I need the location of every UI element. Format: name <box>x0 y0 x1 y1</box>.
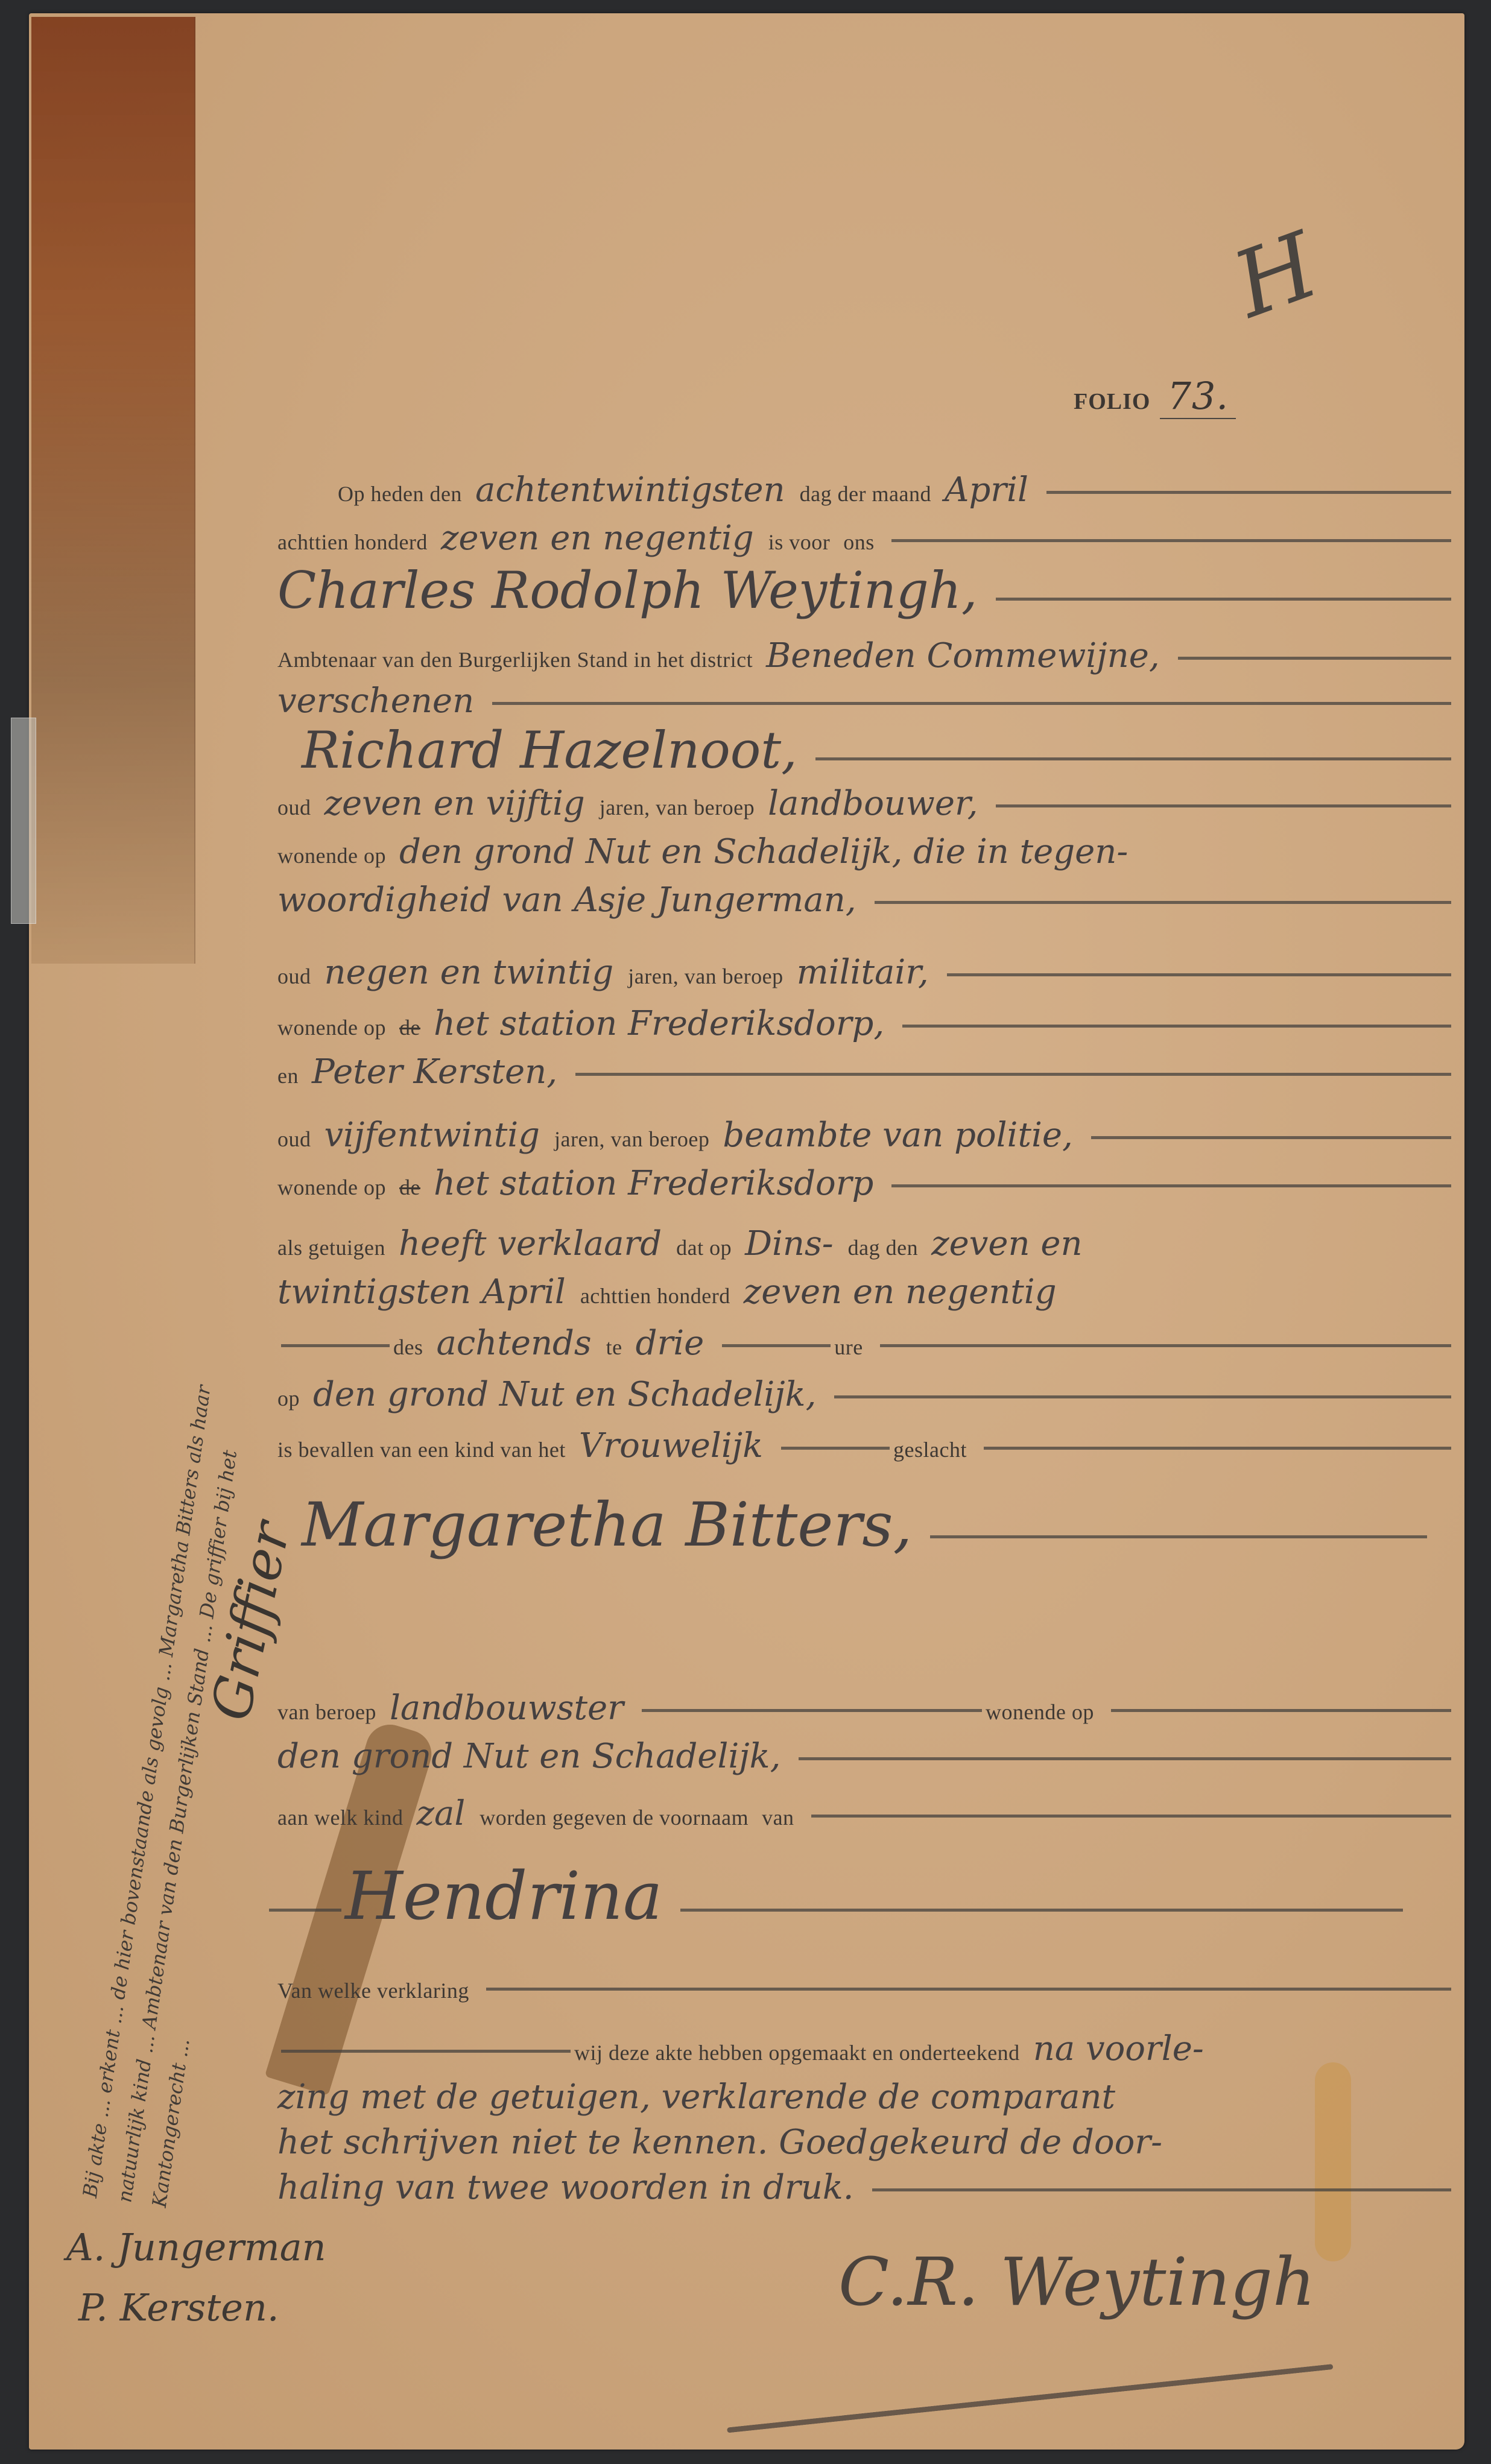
handwritten-occupation: beambte van politie, <box>723 1116 1072 1155</box>
printed-text: Op heden den <box>338 481 462 507</box>
fill-line <box>930 1535 1427 1538</box>
printed-text: wonende op <box>277 843 386 868</box>
record-line: is bevallen van een kind van het Vrouwel… <box>277 1426 1455 1465</box>
fill-line <box>486 1988 1451 1991</box>
folio-number: 73. <box>1160 374 1236 419</box>
fill-line <box>947 973 1451 976</box>
record-line: des achtends te drie ure <box>277 1324 1455 1363</box>
record-line: oud negen en twintig jaren, van beroep m… <box>277 953 1455 992</box>
record-line: Charles Rodolph Weytingh, <box>277 561 1455 620</box>
handwritten-age: vijfentwintig <box>324 1116 540 1155</box>
handwritten-year: zeven en negentig <box>744 1272 1057 1312</box>
handwritten-text: zing met de getuigen, verklarende de com… <box>277 2077 1115 2117</box>
record-line: als getuigen heeft verklaard dat op Dins… <box>277 1224 1455 1263</box>
handwritten-text: haling van twee woorden in druk. <box>277 2168 854 2207</box>
fill-line <box>1111 1709 1451 1712</box>
signature-witness-2: P. Kersten. <box>78 2286 279 2330</box>
printed-text: van beroep <box>277 1699 376 1725</box>
record-line: aan welk kind zal worden gegeven de voor… <box>277 1794 1455 1833</box>
fill-line <box>880 1344 1451 1347</box>
fill-line <box>722 1344 831 1347</box>
handwritten-date: twintigsten April <box>277 1272 566 1312</box>
printed-text: jaren, van beroep <box>628 964 783 989</box>
fill-line <box>891 539 1451 542</box>
printed-text: is voor <box>768 529 831 555</box>
printed-text: dat op <box>676 1235 732 1260</box>
fill-line <box>834 1395 1451 1398</box>
fill-line <box>875 901 1451 904</box>
handwritten-official-name: Charles Rodolph Weytingh, <box>277 561 978 620</box>
handwritten-residence: het station Frederiksdorp <box>434 1164 873 1203</box>
record-line: twintigsten April achttien honderd zeven… <box>277 1272 1455 1312</box>
printed-text: oud <box>277 1126 311 1152</box>
printed-text: geslacht <box>893 1437 967 1462</box>
printed-text: te <box>606 1335 622 1360</box>
printed-text: jaren, van beroep <box>600 795 755 820</box>
record-line: woordigheid van Asje Jungerman, <box>277 880 1455 920</box>
handwritten-occupation: landbouwer, <box>768 784 978 823</box>
printed-text: ure <box>834 1335 863 1360</box>
printed-text: en <box>277 1063 299 1088</box>
fill-line <box>575 1073 1451 1076</box>
printed-text: achttien honderd <box>277 529 428 555</box>
record-line: oud vijfentwintig jaren, van beroep beam… <box>277 1116 1455 1155</box>
handwritten-age: zeven en vijftig <box>324 784 585 823</box>
tape-strip <box>11 718 36 924</box>
fill-line <box>781 1447 890 1450</box>
printed-text: wonende op <box>986 1699 1094 1725</box>
printed-text: als getuigen <box>277 1235 385 1260</box>
record-line: op den grond Nut en Schadelijk, <box>277 1375 1455 1414</box>
record-line: verschenen <box>277 681 1455 721</box>
handwritten-text: het schrijven niet te kennen. Goedgekeur… <box>277 2123 1162 2162</box>
record-line: Margaretha Bitters, <box>302 1489 1431 1560</box>
printed-text: dag der maand <box>800 481 931 507</box>
handwritten-day: achtentwintigsten <box>475 470 785 510</box>
handwritten-text: verschenen <box>277 681 474 721</box>
tape-repair <box>31 17 195 964</box>
handwritten-text: heeft verklaard <box>399 1224 662 1263</box>
printed-text: dag den <box>848 1235 918 1260</box>
printed-text: ons <box>843 529 875 555</box>
handwritten-occupation: militair, <box>797 953 929 992</box>
fill-line <box>1178 657 1451 660</box>
handwritten-text: zal <box>416 1794 465 1833</box>
record-line: Van welke verklaring <box>277 1978 1455 2003</box>
record-line: oud zeven en vijftig jaren, van beroep l… <box>277 784 1455 823</box>
fill-line <box>281 2050 571 2053</box>
handwritten-witness-1: woordigheid van Asje Jungerman, <box>277 880 856 920</box>
fill-line <box>984 1447 1451 1450</box>
signature-official: C.R. Weytingh <box>838 2243 1315 2320</box>
printed-text: wij deze akte hebben opgemaakt en ondert… <box>574 2040 1020 2065</box>
printed-text: oud <box>277 964 311 989</box>
record-line: en Peter Kersten, <box>277 1052 1455 1091</box>
record-line: wonende op den grond Nut en Schadelijk, … <box>277 832 1455 871</box>
record-line: achttien honderd zeven en negentig is vo… <box>277 519 1455 558</box>
handwritten-residence: het station Frederiksdorp, <box>434 1004 884 1043</box>
fill-line <box>996 804 1451 807</box>
fill-line <box>872 2188 1451 2191</box>
record-line: Ambtenaar van den Burgerlijken Stand in … <box>277 636 1455 675</box>
fill-line <box>1091 1136 1451 1139</box>
printed-text: Ambtenaar van den Burgerlijken Stand in … <box>277 647 753 672</box>
fill-line <box>269 1909 341 1912</box>
handwritten-age: negen en twintig <box>324 953 614 992</box>
handwritten-month: April <box>945 470 1028 510</box>
printed-text: jaren, van beroep <box>554 1126 709 1152</box>
handwritten-child-name: Hendrina <box>345 1857 662 1935</box>
fill-line <box>642 1709 982 1712</box>
handwritten-witness-2: Peter Kersten, <box>312 1052 557 1091</box>
record-line: wonende op de het station Frederiksdorp <box>277 1164 1455 1203</box>
printed-text: des <box>393 1335 423 1360</box>
folio-label: FOLIO73. <box>1074 374 1236 418</box>
record-line: het schrijven niet te kennen. Goedgekeur… <box>277 2123 1455 2162</box>
record-line: den grond Nut en Schadelijk, <box>277 1737 1455 1776</box>
fill-line <box>996 598 1451 601</box>
record-line: Hendrina <box>265 1857 1407 1935</box>
handwritten-time-of-day: achtends <box>437 1324 592 1363</box>
record-line: zing met de getuigen, verklarende de com… <box>277 2077 1455 2117</box>
printed-text: wonende op <box>277 1015 386 1040</box>
printed-text: aan welk kind <box>277 1805 403 1830</box>
handwritten-mother-name: Margaretha Bitters, <box>302 1489 912 1560</box>
printed-text: van <box>762 1805 794 1830</box>
handwritten-residence: den grond Nut en Schadelijk, <box>277 1737 780 1776</box>
handwritten-declarant-name: Richard Hazelnoot, <box>302 721 797 780</box>
fill-line <box>1046 491 1451 494</box>
handwritten-weekday: Dins- <box>745 1224 834 1263</box>
handwritten-text: na voorle- <box>1033 2029 1204 2068</box>
handwritten-place: den grond Nut en Schadelijk, <box>313 1375 816 1414</box>
record-line: haling van twee woorden in druk. <box>277 2168 1455 2207</box>
printed-text: is bevallen van een kind van het <box>277 1437 566 1462</box>
printed-text: worden gegeven de voornaam <box>480 1805 749 1830</box>
handwritten-district: Beneden Commewijne, <box>766 636 1159 675</box>
printed-text: oud <box>277 795 311 820</box>
handwritten-day: zeven en <box>931 1224 1083 1263</box>
handwritten-hour: drie <box>636 1324 704 1363</box>
record-line: wij deze akte hebben opgemaakt en ondert… <box>277 2029 1455 2068</box>
fill-line <box>281 1344 390 1347</box>
record-line: van beroep landbouwster wonende op <box>277 1688 1455 1728</box>
printed-text: Van welke verklaring <box>277 1978 469 2003</box>
fill-line <box>891 1184 1451 1187</box>
fill-line <box>902 1025 1451 1028</box>
signature-witness-1: A. Jungerman <box>66 2225 326 2269</box>
fill-line <box>815 757 1451 760</box>
printed-text: achttien honderd <box>580 1283 730 1309</box>
handwritten-residence: den grond Nut en Schadelijk, die in tege… <box>399 832 1128 871</box>
folio-label-text: FOLIO <box>1074 389 1150 414</box>
fill-line <box>492 702 1451 705</box>
fill-line <box>799 1757 1451 1760</box>
printed-text: wonende op <box>277 1175 386 1200</box>
handwritten-year: zeven en negentig <box>441 519 754 558</box>
record-line: Richard Hazelnoot, <box>302 721 1455 780</box>
record-line: wonende op de het station Frederiksdorp, <box>277 1004 1455 1043</box>
record-line: Op heden den achtentwintigsten dag der m… <box>338 470 1455 510</box>
fill-line <box>811 1815 1451 1818</box>
struck-text: de <box>399 1015 420 1040</box>
struck-text: de <box>399 1175 420 1200</box>
handwritten-occupation: landbouwster <box>390 1688 624 1728</box>
handwritten-sex: Vrouwelijk <box>579 1426 763 1465</box>
fill-line <box>680 1909 1403 1912</box>
